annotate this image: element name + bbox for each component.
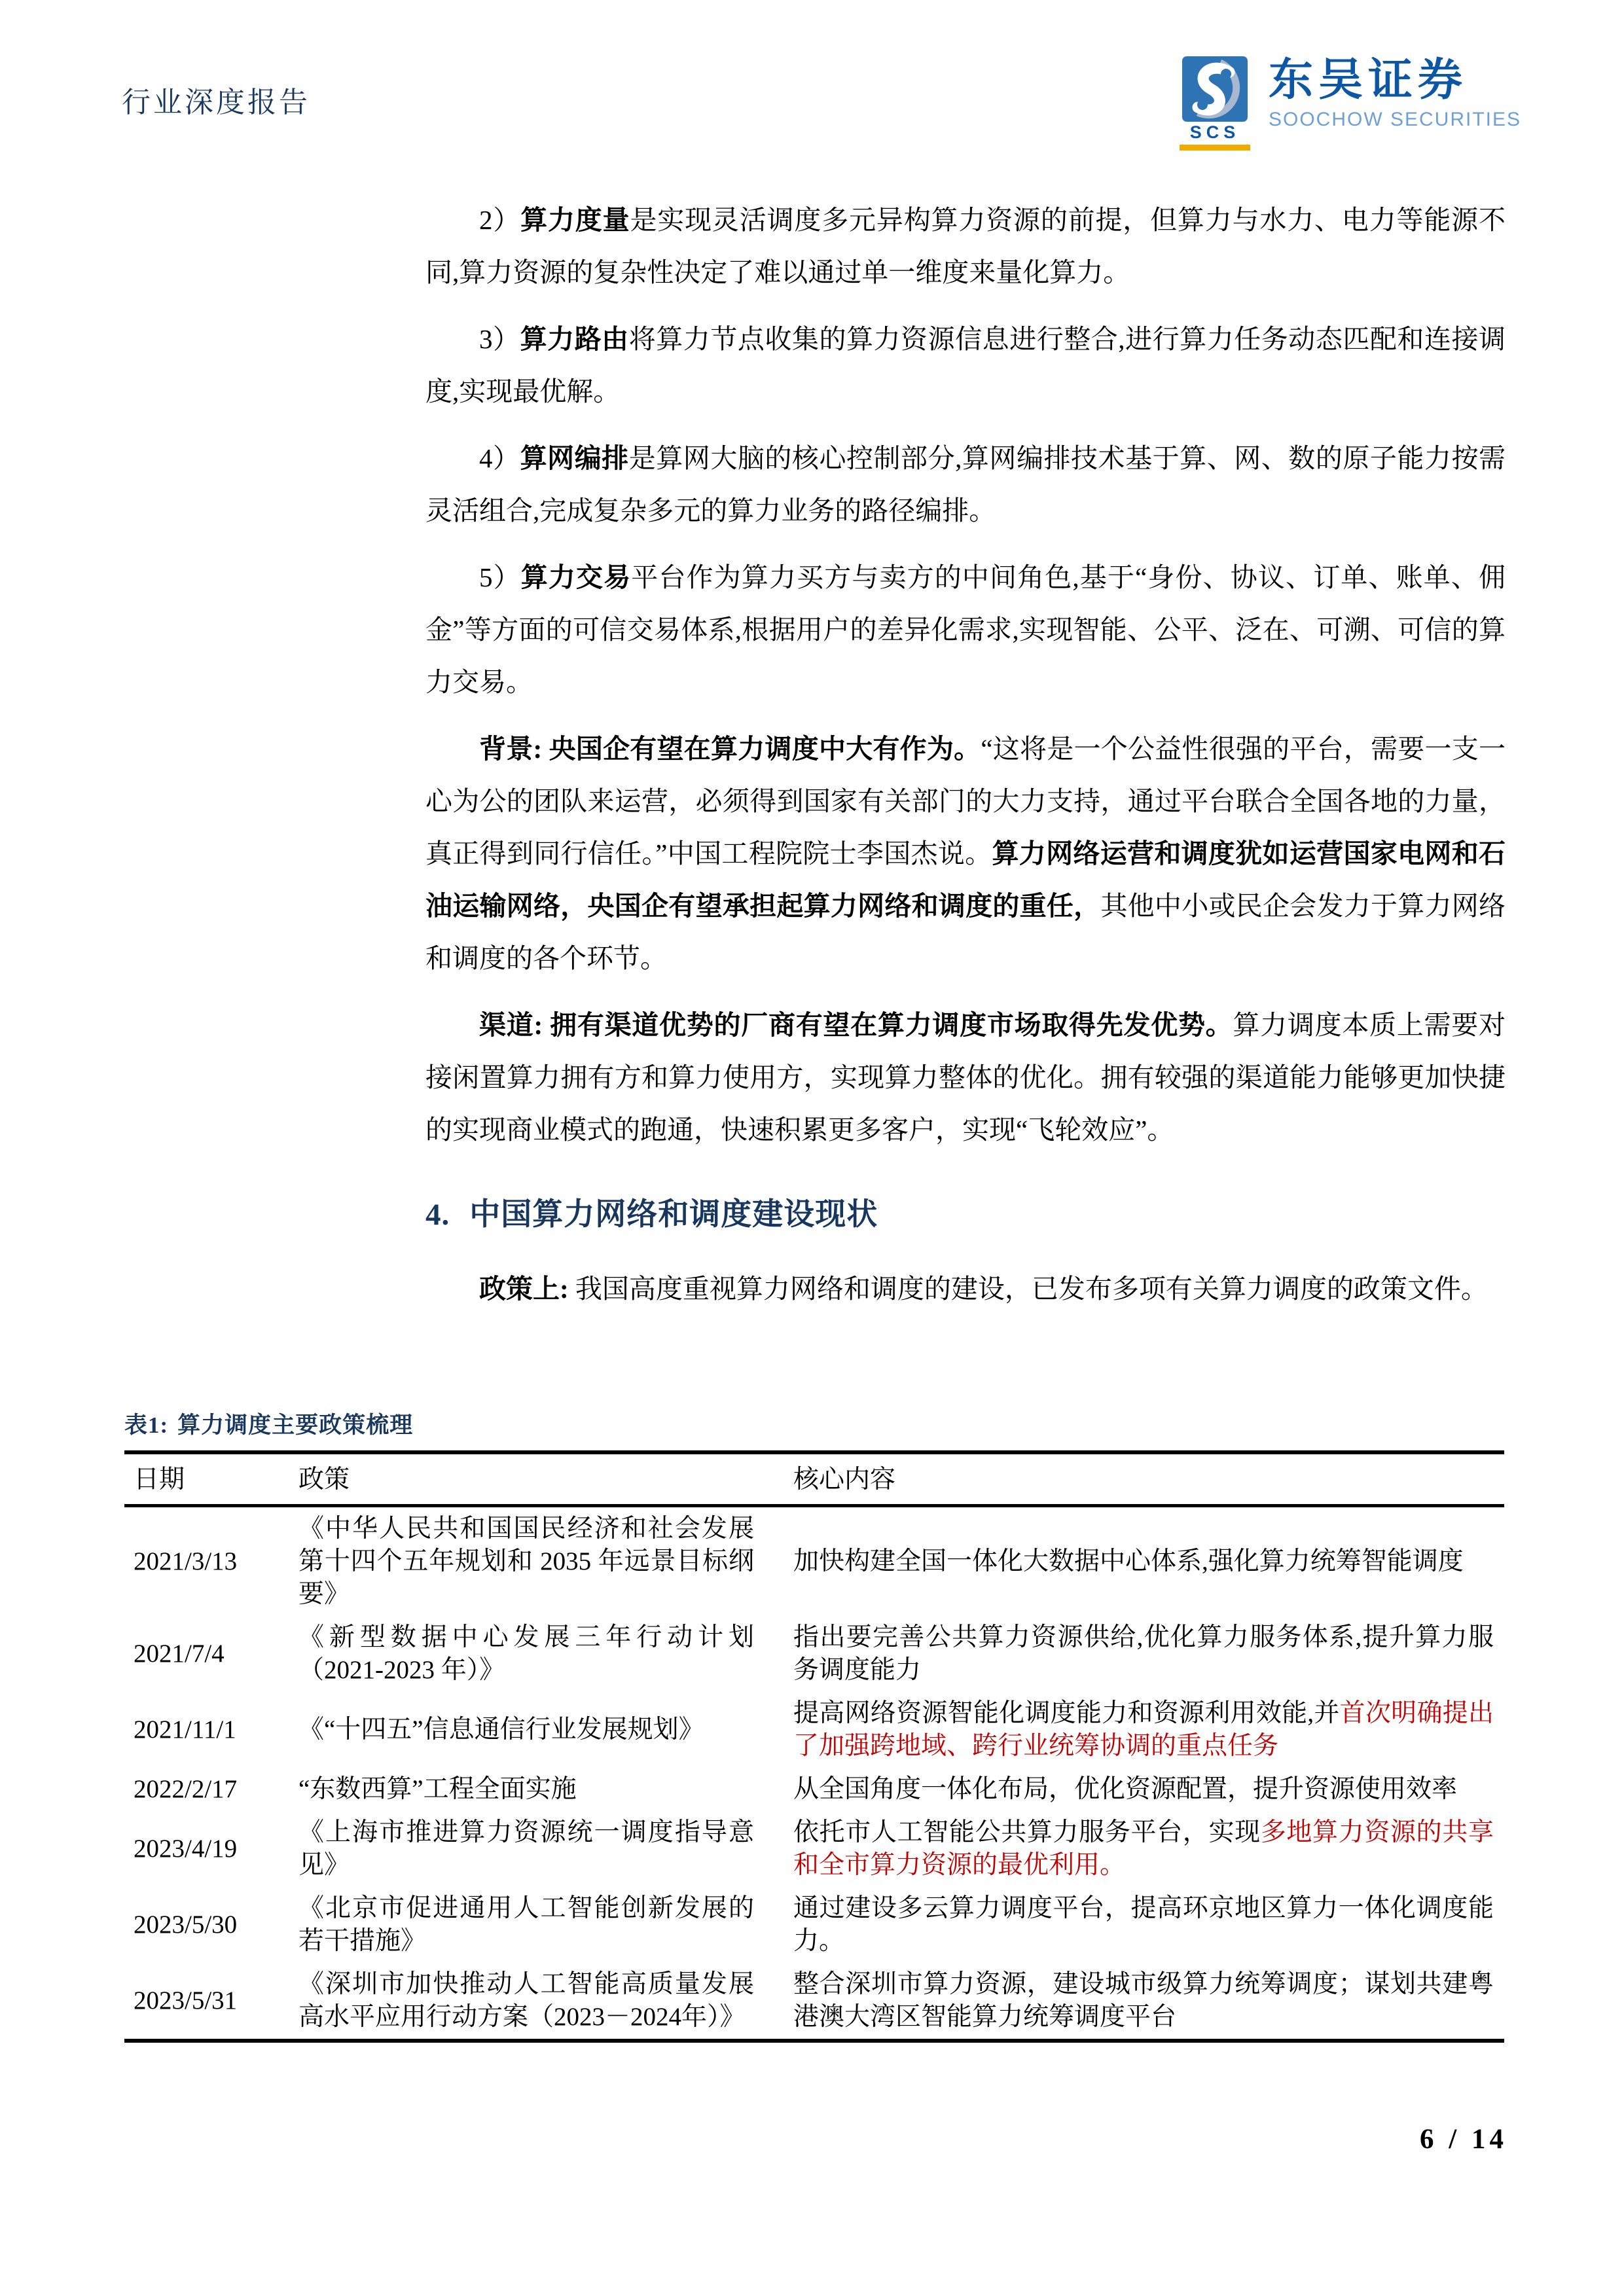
logo-mark: SCS [1178,56,1252,151]
table-header-date: 日期 [124,1452,281,1506]
text-run: 算力路由 [520,324,629,354]
cell-policy: “东数西算”工程全面实施 [281,1768,780,1811]
table-header-policy: 政策 [281,1452,780,1506]
text-run: 背景: 央国企有望在算力调度中大有作为。 [479,734,981,764]
text-run: 指出要完善公共算力资源供给,优化算力服务体系,提升算力服务调度能力 [793,1623,1494,1684]
table-row: 2022/2/17“东数西算”工程全面实施从全国角度一体化布局，优化资源配置，提… [124,1768,1504,1811]
table-title: 表1:算力调度主要政策梳理 [124,1407,1504,1440]
cell-date: 2021/3/13 [124,1506,281,1617]
text-run: 算力度量 [520,205,630,235]
text-run: 3） [479,324,520,354]
table-row: 2023/4/19《上海市推进算力资源统一调度指导意见》依托市人工智能公共算力服… [124,1811,1504,1887]
logo-cn-name: 东吴证券 [1269,56,1521,103]
cell-core-content: 依托市人工智能公共算力服务平台，实现多地算力资源的共享和全市算力资源的最优利用。 [780,1811,1504,1887]
body-paragraph: 政策上: 我国高度重视算力网络和调度的建设，已发布多项有关算力调度的政策文件。 [425,1263,1506,1315]
logo-wordmark: 东吴证券 SOOCHOW SECURITIES [1269,56,1521,131]
table-header-row: 日期 政策 核心内容 [124,1452,1504,1506]
cell-policy: 《新型数据中心发展三年行动计划（2021-2023 年）》 [281,1616,780,1692]
cell-date: 2022/2/17 [124,1768,281,1811]
cell-policy: 《深圳市加快推动人工智能高质量发展高水平应用行动方案（2023－2024年）》 [281,1963,780,2041]
policy-table: 日期 政策 核心内容 2021/3/13《中华人民共和国国民经济和社会发展第十四… [124,1450,1504,2043]
body-paragraph: 3）算力路由将算力节点收集的算力资源信息进行整合,进行算力任务动态匹配和连接调度… [425,313,1506,418]
cell-policy: 《中华人民共和国国民经济和社会发展第十四个五年规划和 2035 年远景目标纲要》 [281,1506,780,1617]
cell-date: 2023/4/19 [124,1811,281,1887]
body-paragraph: 2）算力度量是实现灵活调度多元异构算力资源的前提，但算力与水力、电力等能源不同,… [425,194,1506,298]
soochow-swirl-icon [1182,56,1248,122]
text-run: 4） [479,443,520,473]
table-title-prefix: 表1: [124,1412,168,1438]
policy-table-body: 2021/3/13《中华人民共和国国民经济和社会发展第十四个五年规划和 2035… [124,1506,1504,2041]
table-row: 2023/5/31《深圳市加快推动人工智能高质量发展高水平应用行动方案（2023… [124,1963,1504,2041]
cell-policy: 《“十四五”信息通信行业发展规划》 [281,1692,780,1768]
cell-core-content: 加快构建全国一体化大数据中心体系,强化算力统筹智能调度 [780,1506,1504,1617]
logo-scs-text: SCS [1190,122,1240,143]
body-paragraph: 5）算力交易平台作为算力买方与卖方的中间角色,基于“身份、协议、订单、账单、佣金… [425,551,1506,708]
report-type-label: 行业深度报告 [122,79,310,120]
cell-date: 2021/11/1 [124,1692,281,1768]
cell-policy: 《北京市促进通用人工智能创新发展的若干措施》 [281,1887,780,1963]
cell-core-content: 整合深圳市算力资源，建设城市级算力统筹调度；谋划共建粤港澳大湾区智能算力统筹调度… [780,1963,1504,2041]
text-run: 渠道: 拥有渠道优势的厂商有望在算力调度市场取得先发优势。 [479,1010,1233,1040]
section-number: 4. [425,1198,450,1232]
text-run: 算网编排 [520,443,629,473]
cell-core-content: 通过建设多云算力调度平台，提高环京地区算力一体化调度能力。 [780,1887,1504,1963]
body-paragraph: 4）算网编排是算网大脑的核心控制部分,算网编排技术基于算、网、数的原子能力按需灵… [425,432,1506,537]
section-title: 中国算力网络和调度建设现状 [469,1198,878,1232]
text-run: 从全国角度一体化布局，优化资源配置，提升资源使用效率 [793,1775,1457,1803]
text-run: 整合深圳市算力资源，建设城市级算力统筹调度；谋划共建粤港澳大湾区智能算力统筹调度… [793,1970,1494,2031]
report-page: 行业深度报告 SCS 东吴证券 SOOCHOW SECURITIES 2）算力度… [0,0,1624,2296]
logo-en-name: SOOCHOW SECURITIES [1269,109,1521,131]
table-header-content: 核心内容 [780,1452,1504,1506]
logo-orange-bar [1180,145,1250,151]
table-title-text: 算力调度主要政策梳理 [177,1412,413,1438]
cell-policy: 《上海市推进算力资源统一调度指导意见》 [281,1811,780,1887]
table-row: 2021/3/13《中华人民共和国国民经济和社会发展第十四个五年规划和 2035… [124,1506,1504,1617]
cell-date: 2021/7/4 [124,1616,281,1692]
text-run: 5） [479,562,521,592]
text-run: 加快构建全国一体化大数据中心体系,强化算力统筹智能调度 [793,1547,1464,1575]
page-number: 6 / 14 [1420,2123,1507,2155]
table-row: 2023/5/30《北京市促进通用人工智能创新发展的若干措施》通过建设多云算力调… [124,1887,1504,1963]
text-run: 提高网络资源智能化调度能力和资源利用效能,并 [793,1699,1340,1727]
text-run: 算力交易 [521,562,632,592]
cell-date: 2023/5/31 [124,1963,281,2041]
policy-table-section: 表1:算力调度主要政策梳理 日期 政策 核心内容 2021/3/13《中华人民共… [124,1407,1504,2043]
table-row: 2021/11/1《“十四五”信息通信行业发展规划》提高网络资源智能化调度能力和… [124,1692,1504,1768]
text-run: 通过建设多云算力调度平台，提高环京地区算力一体化调度能力。 [793,1894,1494,1955]
cell-core-content: 提高网络资源智能化调度能力和资源利用效能,并首次明确提出了加强跨地域、跨行业统筹… [780,1692,1504,1768]
body-paragraph: 渠道: 拥有渠道优势的厂商有望在算力调度市场取得先发优势。算力调度本质上需要对接… [425,999,1506,1156]
cell-core-content: 从全国角度一体化布局，优化资源配置，提升资源使用效率 [780,1768,1504,1811]
cell-core-content: 指出要完善公共算力资源供给,优化算力服务体系,提升算力服务调度能力 [780,1616,1504,1692]
text-run: 依托市人工智能公共算力服务平台，实现 [793,1818,1261,1846]
text-run: 我国高度重视算力网络和调度的建设，已发布多项有关算力调度的政策文件。 [575,1274,1488,1304]
soochow-logo: SCS 东吴证券 SOOCHOW SECURITIES [1178,56,1521,151]
body-paragraph: 背景: 央国企有望在算力调度中大有作为。“这将是一个公益性很强的平台，需要一支一… [425,723,1506,984]
text-run: 2） [479,205,520,235]
cell-date: 2023/5/30 [124,1887,281,1963]
section-heading: 4.中国算力网络和调度建设现状 [425,1190,1506,1234]
report-body: 2）算力度量是实现灵活调度多元异构算力资源的前提，但算力与水力、电力等能源不同,… [425,194,1506,1329]
text-run: 政策上: [479,1274,575,1304]
table-row: 2021/7/4《新型数据中心发展三年行动计划（2021-2023 年）》指出要… [124,1616,1504,1692]
